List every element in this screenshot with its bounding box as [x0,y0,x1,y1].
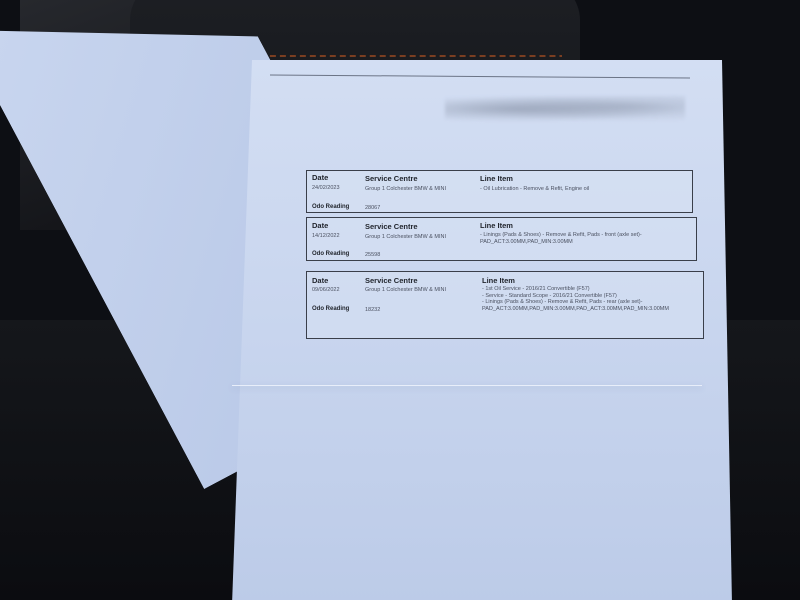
odo-reading-label: Odo Reading [312,251,349,257]
date-header: Date [312,221,328,230]
record-date: 14/12/2022 [312,233,340,239]
record-date: 24/02/2023 [312,185,340,191]
line-item: PAD_ACT:3.00MM,PAD_MIN:3.00MM [480,239,642,246]
line-item-header: Line Item [480,221,513,230]
record-date: 09/06/2022 [312,287,340,293]
odo-reading-label: Odo Reading [312,306,349,312]
line-item: - Linings (Pads & Shoes) - Remove & Refi… [480,232,642,239]
service-record: Date Service Centre Line Item 09/06/2022… [306,271,704,339]
line-item: - Linings (Pads & Shoes) - Remove & Refi… [482,299,669,306]
odo-reading-value: 28067 [365,205,380,211]
record-line-items: - Linings (Pads & Shoes) - Remove & Refi… [480,232,642,245]
service-record: Date Service Centre Line Item 14/12/2022… [306,217,697,261]
service-centre-header: Service Centre [365,222,418,231]
odo-reading-value: 18232 [365,307,380,313]
line-item: PAD_ACT:3.00MM,PAD_MIN:3.00MM,PAD_ACT:3.… [482,306,669,313]
service-record: Date Service Centre Line Item 24/02/2023… [306,170,693,213]
date-header: Date [312,276,328,285]
odo-reading-value: 25598 [365,252,380,258]
record-service-centre: Group 1 Colchester BMW & MINI [365,287,446,293]
line-item: - Service - Standard Scope - 2016/21 Con… [482,293,669,300]
line-item-header: Line Item [482,276,515,285]
record-line-items: - Oil Lubrication - Remove & Refit, Engi… [480,186,589,193]
odo-reading-label: Odo Reading [312,204,349,210]
record-line-items: - 1st Oil Service - 2016/21 Convertible … [482,286,669,312]
paper-fold-line [232,385,702,386]
faded-print-smudge [445,96,685,122]
date-header: Date [312,173,328,182]
line-item: - 1st Oil Service - 2016/21 Convertible … [482,286,669,293]
line-item: - Oil Lubrication - Remove & Refit, Engi… [480,186,589,193]
record-service-centre: Group 1 Colchester BMW & MINI [365,186,446,192]
record-service-centre: Group 1 Colchester BMW & MINI [365,234,446,240]
line-item-header: Line Item [480,174,513,183]
service-centre-header: Service Centre [365,276,418,285]
service-centre-header: Service Centre [365,174,418,183]
